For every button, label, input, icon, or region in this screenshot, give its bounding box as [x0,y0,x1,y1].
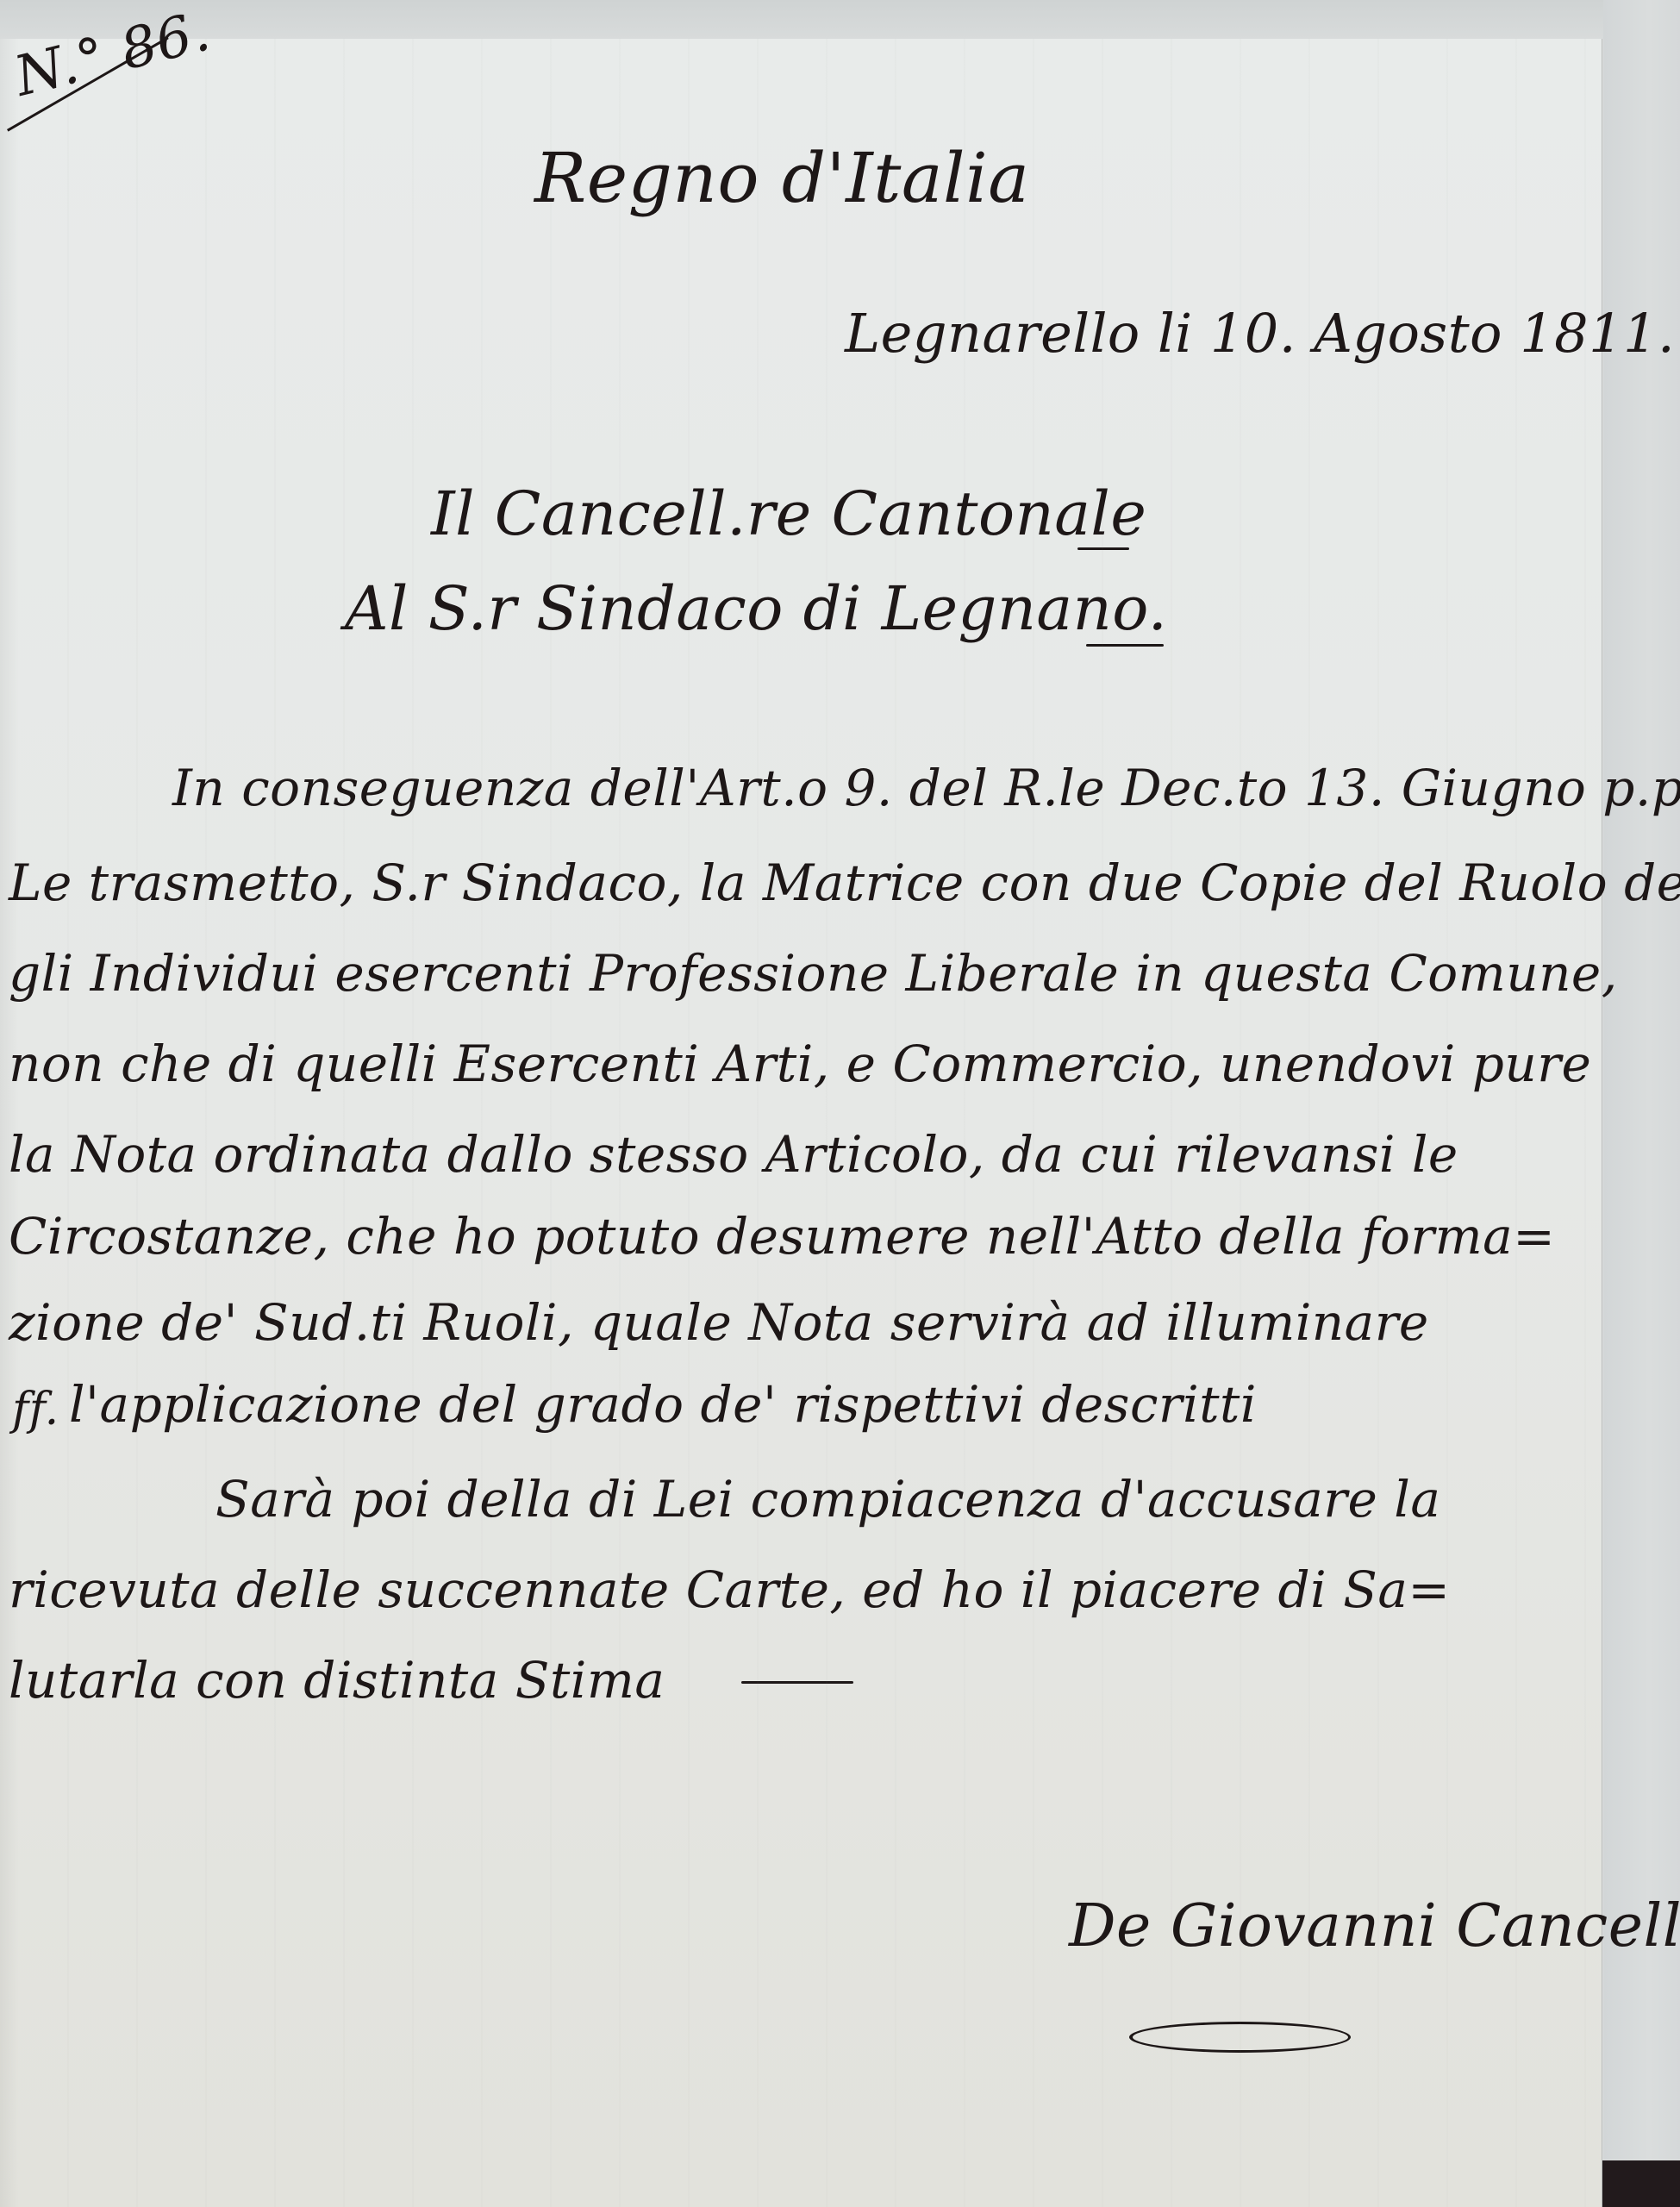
dark-corner [1602,2160,1680,2207]
recipient-line: Al S.r Sindaco di Legnano. [345,573,1167,644]
body-line-3: gli Individui esercenti Professione Libe… [9,944,1618,1003]
body-line-7: zione de' Sud.ti Ruoli, quale Nota servi… [9,1293,1429,1352]
body-line-8: l'applicazione del grado de' rispettivi … [69,1375,1257,1434]
sender-flourish [1077,547,1129,550]
document-photo: N.° 86. Regno d'Italia Legnarello li 10.… [0,0,1680,2207]
closing-line-1: Sarà poi della di Lei compiacenza d'accu… [215,1470,1440,1529]
closing-line-3: lutarla con distinta Stima [9,1651,665,1710]
body-line-4: non che di quelli Esercenti Arti, e Comm… [9,1035,1591,1093]
closing-flourish [741,1681,853,1684]
body-line-6: Circostanze, che ho potuto desumere nell… [9,1207,1555,1266]
place-date-line: Legnarello li 10. Agosto 1811. — [845,302,1680,365]
manuscript-sheet: N.° 86. Regno d'Italia Legnarello li 10.… [0,39,1602,2207]
body-line-2: Le trasmetto, S.r Sindaco, la Matrice co… [9,853,1680,912]
closing-line-2: ricevuta delle succennate Carte, ed ho i… [9,1560,1451,1619]
body-line-5: la Nota ordinata dallo stesso Articolo, … [9,1125,1458,1184]
document-heading: Regno d'Italia [534,138,1029,218]
signature-flourish [1129,2022,1351,2053]
margin-mark: ff. [12,1384,59,1435]
scan-top-edge [0,0,1680,39]
signature: De Giovanni Cancell.re [1069,1892,1680,1960]
body-line-1: In conseguenza dell'Art.o 9. del R.le De… [172,759,1680,817]
recipient-flourish [1086,644,1164,647]
sender-line: Il Cancell.re Cantonale [431,478,1146,549]
